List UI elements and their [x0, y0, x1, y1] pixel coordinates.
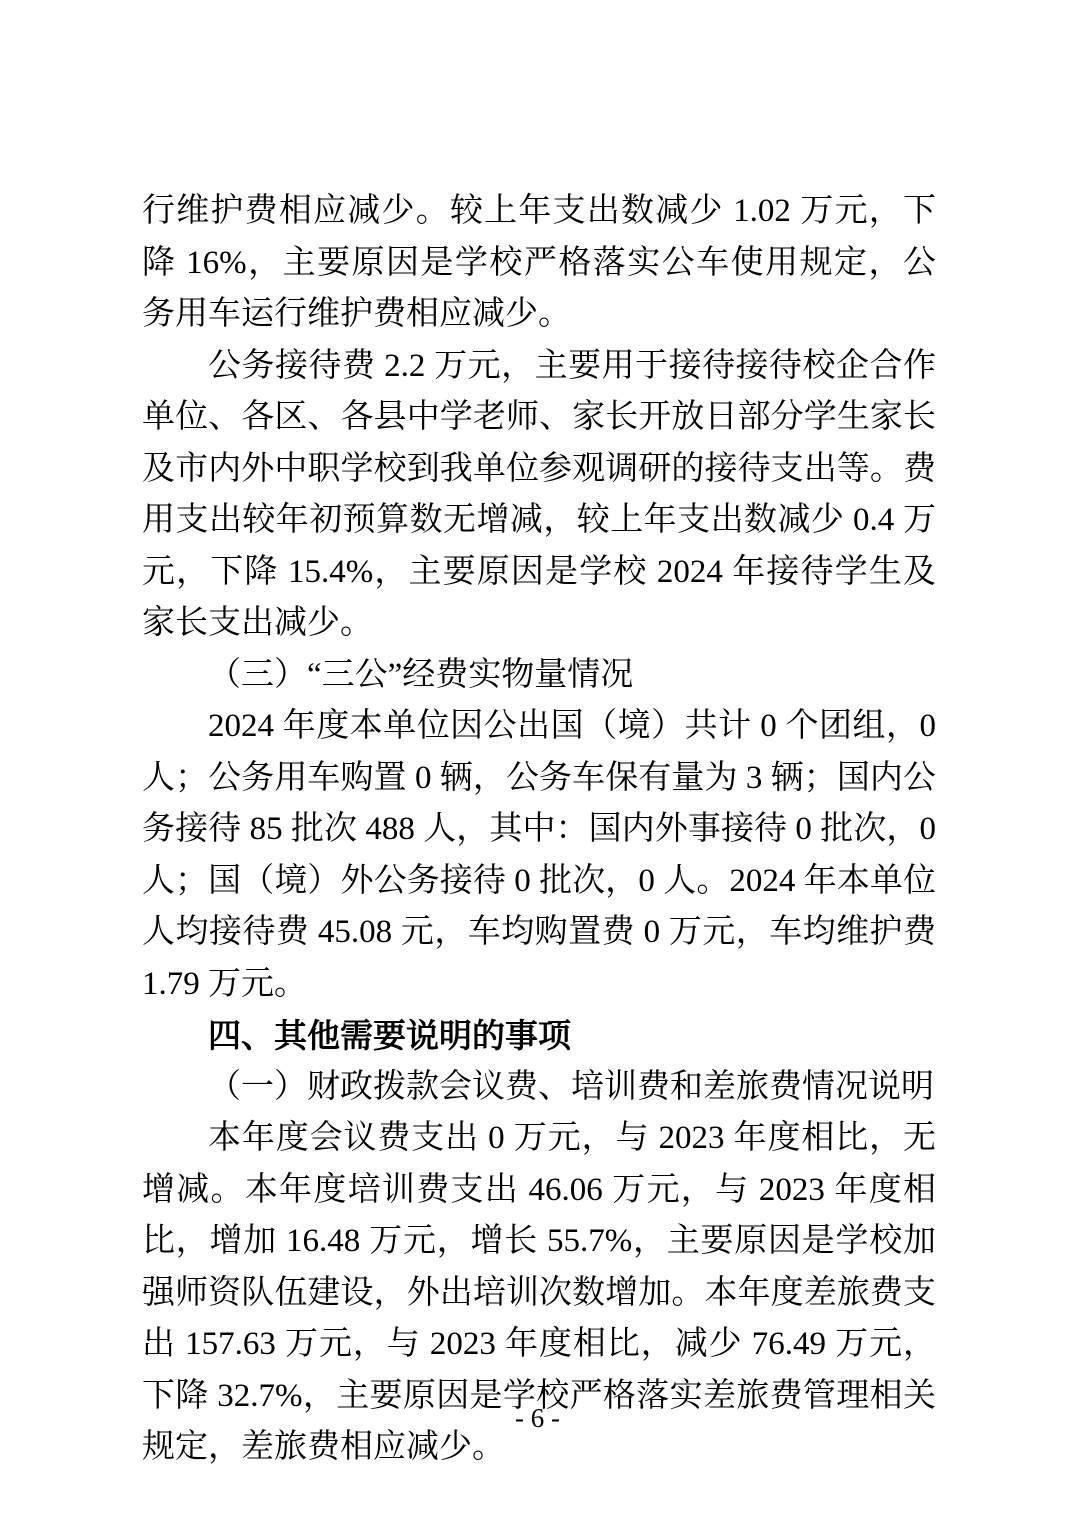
page-number: - 6 -: [0, 1398, 1075, 1438]
paragraph-official-reception-expense: 公务接待费 2.2 万元，主要用于接待接待校企合作单位、各区、各县中学老师、家长…: [142, 341, 936, 650]
document-page: 行维护费相应减少。较上年支出数减少 1.02 万元，下降 16%，主要原因是学校…: [0, 0, 1075, 1520]
paragraph-vehicle-maintenance-continued: 行维护费相应减少。较上年支出数减少 1.02 万元，下降 16%，主要原因是学校…: [142, 186, 936, 341]
heading-other-matters: 四、其他需要说明的事项: [142, 1010, 936, 1062]
document-body: 行维护费相应减少。较上年支出数减少 1.02 万元，下降 16%，主要原因是学校…: [142, 186, 936, 1474]
paragraph-physical-quantity-details: 2024 年度本单位因公出国（境）共计 0 个团组，0 人；公务用车购置 0 辆…: [142, 701, 936, 1010]
subheading-meeting-training-travel-expense: （一）财政拨款会议费、培训费和差旅费情况说明: [142, 1062, 936, 1114]
subheading-three-public-physical-quantity: （三）“三公”经费实物量情况: [142, 650, 936, 702]
